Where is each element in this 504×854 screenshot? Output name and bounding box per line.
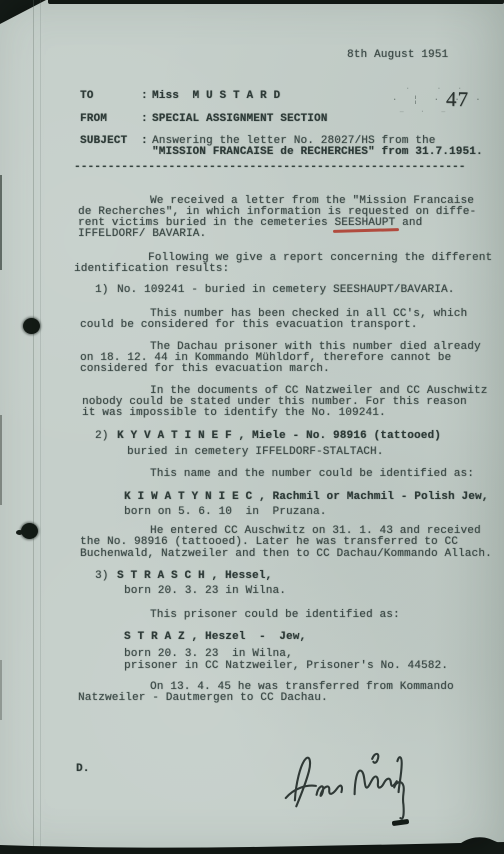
scan-vignette [0, 0, 504, 854]
body-line: born 20. 3. 23 in Wilna. [124, 586, 286, 597]
from-colon: : [141, 114, 148, 125]
body-line: IFFELDORF/ BAVARIA. [78, 229, 206, 240]
list-number-3: 3) [95, 571, 109, 582]
to-value: Miss M U S T A R D [152, 91, 280, 102]
scan-left-edge-mark [0, 415, 2, 505]
body-line: prisoner in CC Natzweiler, Prisoner's No… [124, 661, 448, 672]
body-line: buried in cemetery IFFELDORF-STALTACH. [127, 447, 384, 458]
from-value: SPECIAL ASSIGNMENT SECTION [152, 114, 328, 125]
separator-line: ----------------------------------------… [74, 162, 466, 173]
to-label: TO [80, 91, 94, 102]
stamp-dots-row2: · ¦ · · · [392, 95, 486, 105]
paper-crease [33, 0, 34, 854]
subject-line-2: "MISSION FRANCAISE de RECHERCHES" from 3… [152, 147, 483, 158]
subject-label: SUBJECT [80, 136, 127, 147]
body-line: This name and the number could be identi… [150, 469, 474, 480]
scanned-letter-page: 8th August 1951 · · · · ¦ · · · – · – 47… [0, 0, 504, 854]
punch-hole-top [23, 318, 40, 334]
typist-initial: D. [76, 764, 90, 775]
handwritten-signature [279, 733, 435, 838]
page-number: 47 [446, 87, 469, 112]
body-line: considered for this evacuation march. [80, 364, 330, 375]
body-line: the No. 98916 (tattooed). Later he was t… [80, 537, 458, 548]
scan-top-edge [48, 0, 504, 4]
item2-title: K Y V A T I N E F , Miele - No. 98916 (t… [117, 431, 441, 442]
body-line: Buchenwald, Natzweiler and then to CC Da… [80, 549, 492, 560]
body-line: This prisoner could be identified as: [150, 610, 400, 621]
to-colon: : [141, 91, 148, 102]
punch-hole-bottom [21, 523, 38, 539]
identified-name-line: S T R A Z , Heszel - Jew, [124, 632, 306, 643]
paper-crease [40, 0, 41, 854]
body-text: and [395, 217, 422, 229]
scan-bottom-edge [0, 828, 504, 854]
stamp-dots-row3: – · – [399, 107, 451, 117]
list-number-2: 2) [95, 431, 109, 442]
scan-left-edge-mark [0, 660, 2, 720]
letter-date: 8th August 1951 [347, 50, 448, 61]
item1-title: No. 109241 - buried in cemetery SEESHAUP… [117, 285, 455, 296]
subject-colon: : [141, 136, 148, 147]
scan-left-edge-mark [0, 175, 2, 270]
body-line: Natzweiler - Dautmergen to CC Dachau. [78, 693, 328, 704]
identified-name-line: K I W A T Y N I E C , Rachmil or Machmil… [124, 492, 489, 503]
red-underlined-text: SEESHAUPT [335, 217, 396, 229]
body-line: could be considered for this evacuation … [80, 320, 418, 331]
body-line: it was impossible to identify the No. 10… [82, 408, 386, 419]
list-number-1: 1) [95, 285, 109, 296]
body-line: born 20. 3. 23 in Wilna, [124, 649, 293, 660]
body-line: born on 5. 6. 10 in Pruzana. [124, 507, 327, 518]
item3-title: S T R A S C H , Hessel, [117, 571, 272, 582]
from-label: FROM [80, 114, 107, 125]
body-line: identification results: [74, 264, 229, 275]
